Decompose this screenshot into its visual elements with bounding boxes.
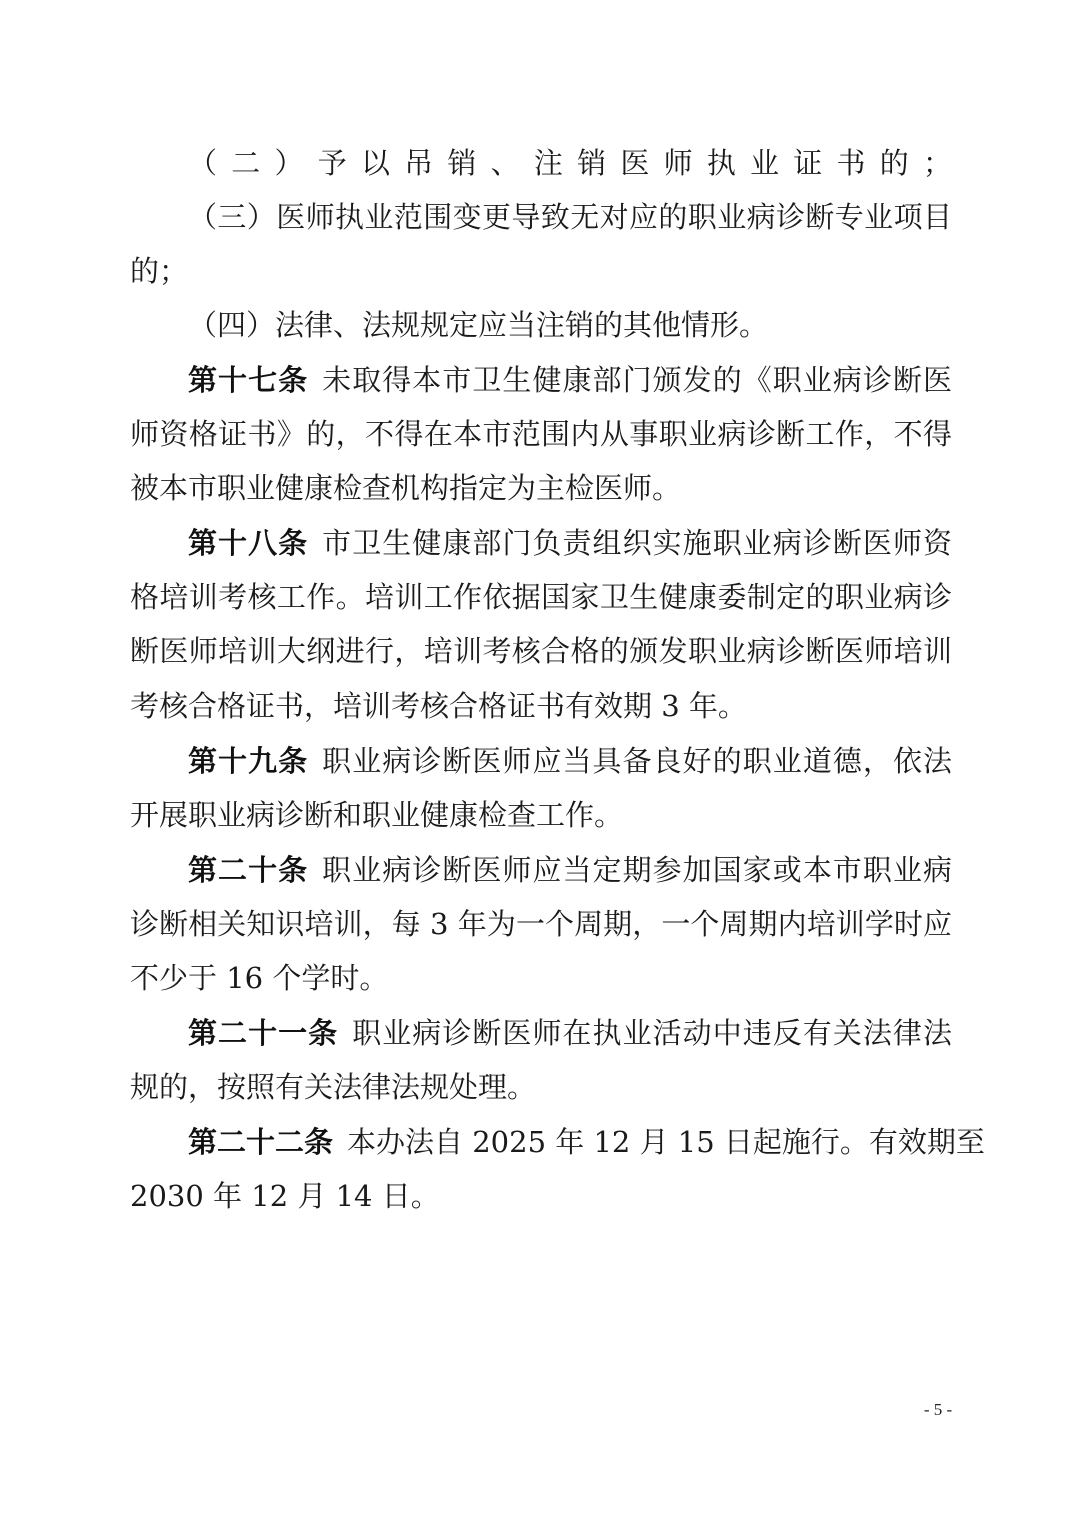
article-17-line-2: 师资格证书》的，不得在本市范围内从事职业病诊断工作，不得 <box>130 414 952 454</box>
article-19-line-2: 开展职业病诊断和职业健康检查工作。 <box>130 795 952 835</box>
line-text: 职业病诊断医师在执业活动中违反有关法律法 <box>352 1016 952 1050</box>
article-heading: 第十九条 <box>188 744 308 778</box>
article-heading: 第二十二条 <box>188 1125 333 1159</box>
article-17-line-3: 被本市职业健康检查机构指定为主检医师。 <box>130 468 952 508</box>
line-text: 本办法自 2025 年 12 月 15 日起施行。有效期至 <box>347 1125 985 1159</box>
article-19: 第十九条职业病诊断医师应当具备良好的职业道德，依法 <box>188 741 952 781</box>
line-text: 2030 年 12 月 14 日。 <box>130 1179 440 1213</box>
line-text: 规的，按照有关法律法规处理。 <box>130 1070 536 1104</box>
line-text: （四）法律、法规规定应当注销的其他情形。 <box>188 308 768 342</box>
article-heading: 第十八条 <box>188 526 308 560</box>
line-text: 未取得本市卫生健康部门颁发的《职业病诊断医 <box>322 363 952 397</box>
clause-item-3-cont: 的； <box>130 251 952 291</box>
article-18: 第十八条市卫生健康部门负责组织实施职业病诊断医师资 <box>188 523 952 563</box>
clause-item-3: （三）医师执业范围变更导致无对应的职业病诊断专业项目 <box>188 197 952 237</box>
line-text: 的； <box>130 254 188 288</box>
line-text: 诊断相关知识培训，每 3 年为一个周期，一个周期内培训学时应 <box>130 907 952 941</box>
article-heading: 第二十一条 <box>188 1016 338 1050</box>
line-text: 市卫生健康部门负责组织实施职业病诊断医师资 <box>322 526 952 560</box>
article-22: 第二十二条本办法自 2025 年 12 月 15 日起施行。有效期至 <box>188 1122 952 1162</box>
line-text: 格培训考核工作。培训工作依据国家卫生健康委制定的职业病诊 <box>130 580 952 614</box>
clause-item-4: （四）法律、法规规定应当注销的其他情形。 <box>188 305 952 345</box>
clause-item-2: （二）予以吊销、注销医师执业证书的； <box>188 143 952 183</box>
line-text: 职业病诊断医师应当具备良好的职业道德，依法 <box>322 744 952 778</box>
article-21: 第二十一条职业病诊断医师在执业活动中违反有关法律法 <box>188 1013 952 1053</box>
line-text: 被本市职业健康检查机构指定为主检医师。 <box>130 471 681 505</box>
line-text: 不少于 16 个学时。 <box>130 961 388 995</box>
line-text: 开展职业病诊断和职业健康检查工作。 <box>130 798 623 832</box>
article-20-line-2: 诊断相关知识培训，每 3 年为一个周期，一个周期内培训学时应 <box>130 904 952 944</box>
line-text: 断医师培训大纲进行，培训考核合格的颁发职业病诊断医师培训 <box>130 634 952 668</box>
line-text: 考核合格证书，培训考核合格证书有效期 3 年。 <box>130 689 747 723</box>
line-text: （三）医师执业范围变更导致无对应的职业病诊断专业项目 <box>188 200 952 234</box>
line-text: 师资格证书》的，不得在本市范围内从事职业病诊断工作，不得 <box>130 417 952 451</box>
article-heading: 第十七条 <box>188 363 308 397</box>
article-20-line-3: 不少于 16 个学时。 <box>130 958 952 998</box>
article-18-line-4: 考核合格证书，培训考核合格证书有效期 3 年。 <box>130 686 952 726</box>
article-22-line-2: 2030 年 12 月 14 日。 <box>130 1176 952 1216</box>
article-21-line-2: 规的，按照有关法律法规处理。 <box>130 1067 952 1107</box>
page-number: - 5 - <box>918 1400 958 1420</box>
article-17: 第十七条未取得本市卫生健康部门颁发的《职业病诊断医 <box>188 360 952 400</box>
article-heading: 第二十条 <box>188 853 308 887</box>
line-text: 职业病诊断医师应当定期参加国家或本市职业病 <box>322 853 952 887</box>
line-text: （二）予以吊销、注销医师执业证书的； <box>188 146 952 180</box>
document-page: （二）予以吊销、注销医师执业证书的； （三）医师执业范围变更导致无对应的职业病诊… <box>0 0 1080 1528</box>
article-18-line-2: 格培训考核工作。培训工作依据国家卫生健康委制定的职业病诊 <box>130 577 952 617</box>
article-20: 第二十条职业病诊断医师应当定期参加国家或本市职业病 <box>188 850 952 890</box>
article-18-line-3: 断医师培训大纲进行，培训考核合格的颁发职业病诊断医师培训 <box>130 631 952 671</box>
